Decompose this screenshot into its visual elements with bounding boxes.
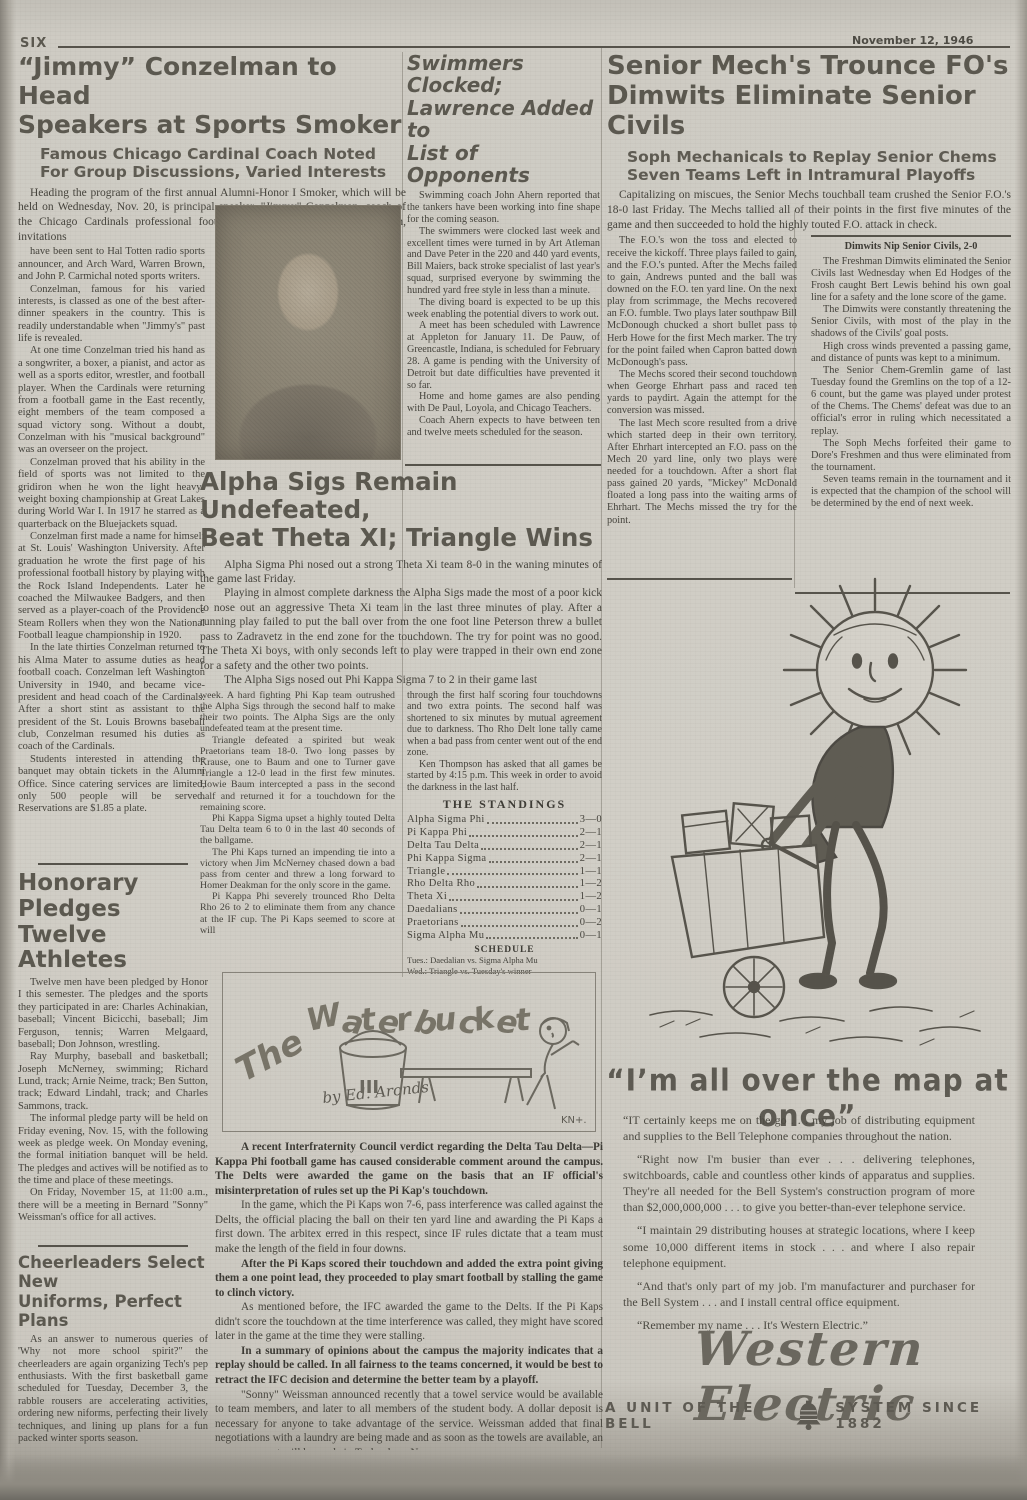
two-column-body: week. A hard fighting Phi Kap team outru… <box>200 690 602 978</box>
dot-leader <box>461 925 578 927</box>
article-senior-mechs: Senior Mech's Trounce FO's Dimwits Elimi… <box>607 52 1011 592</box>
western-electric-mascot-illustration <box>620 575 1010 1060</box>
article-subhead: Soph Mechanicals to Replay Senior Chems … <box>627 148 1011 185</box>
dot-leader <box>469 835 578 837</box>
standings-row: Alpha Sigma Phi3—0 <box>407 814 602 827</box>
article-cheerleaders: Cheerleaders Select New Uniforms, Perfec… <box>18 1240 208 1462</box>
ad-tagline: A UNIT OF THE BELL SYSTEM SINCE 1882 <box>605 1398 1010 1434</box>
scan-edge-bottom <box>0 1454 1027 1500</box>
schedule-line: Tues.: Daedalian vs. Sigma Alpha Mu <box>407 955 602 965</box>
article-body-column: Twelve men have been pledged by Honor I … <box>18 977 208 1225</box>
tagline-right: SYSTEM SINCE 1882 <box>835 1400 1010 1432</box>
conzelman-photo <box>215 205 401 460</box>
cartoonist-signature: KN+. <box>561 1115 587 1126</box>
article-headline: “Jimmy” Conzelman to Head Speakers at Sp… <box>18 52 406 139</box>
bell-icon <box>794 1398 823 1434</box>
standings-row: Rho Delta Rho1—2 <box>407 878 602 891</box>
ad-body: “IT certainly keeps me on the go . . . m… <box>623 1112 975 1333</box>
subsection-rule <box>811 235 1011 237</box>
column-paragraphs: through the first half scoring four touc… <box>407 690 602 794</box>
dot-leader <box>477 886 578 888</box>
standings-title: THE STANDINGS <box>407 797 602 812</box>
article-headline: Swimmers Clocked; Lawrence Added to List… <box>407 52 600 186</box>
body-column-left: The F.O.'s won the toss and elected to r… <box>607 235 797 526</box>
dot-leader <box>489 861 578 863</box>
article-alpha-sigs: Alpha Sigs Remain Undefeated, Beat Theta… <box>200 468 602 978</box>
page-number: SIX <box>20 36 47 51</box>
two-column-body: The F.O.'s won the toss and elected to r… <box>607 235 1011 526</box>
dot-leader <box>449 899 578 901</box>
body-column-right: through the first half scoring four touc… <box>407 690 602 978</box>
body-column-right: Dimwits Nip Senior Civils, 2-0 The Fresh… <box>811 235 1011 526</box>
halftone-texture <box>216 206 400 459</box>
issue-date: November 12, 1946 <box>852 34 973 47</box>
article-end-rule <box>405 464 601 466</box>
waterbucket-cartoon: The Waterbucket by Ed. Aronds III <box>222 972 596 1132</box>
western-electric-ad: “I’m all over the map at once” “IT certa… <box>605 560 1017 1465</box>
section-divider <box>38 1245 188 1247</box>
standings-row: Sigma Alpha Mu0—1 <box>407 930 602 943</box>
waterbucket-title-word: Waterbucket <box>303 996 533 1043</box>
article-swimmers: Swimmers Clocked; Lawrence Added to List… <box>407 52 600 462</box>
dot-leader <box>460 912 578 914</box>
standings-row: Theta Xi1—2 <box>407 891 602 904</box>
lead-paragraph: Capitalizing on miscues, the Senior Mech… <box>607 188 1011 232</box>
article-headline: Cheerleaders Select New Uniforms, Perfec… <box>18 1253 208 1331</box>
dot-leader <box>481 848 578 850</box>
waterbucket-illustration: The Waterbucket by Ed. Aronds III <box>223 973 593 1129</box>
article-body-column: Swimming coach John Ahern reported that … <box>407 190 600 438</box>
standings-row: Daedalians0—1 <box>407 904 602 917</box>
article-body-column: As an answer to numerous queries of 'Why… <box>18 1334 208 1445</box>
article-honorary-pledges: Honorary Pledges Twelve Athletes Twelve … <box>18 858 208 1236</box>
dot-leader <box>486 937 577 939</box>
waterbucket-column: A recent Interfraternity Council verdict… <box>215 1140 603 1450</box>
bucket-mark: III <box>359 1077 379 1098</box>
newspaper-page: SIX November 12, 1946 “Jimmy” Conzelman … <box>0 0 1027 1500</box>
tagline-left: A UNIT OF THE BELL <box>605 1400 782 1432</box>
standings-table: Alpha Sigma Phi3—0 Pi Kappa Phi2—1 Delta… <box>407 814 602 942</box>
article-headline: Alpha Sigs Remain Undefeated, Beat Theta… <box>200 468 602 553</box>
dot-leader <box>487 822 578 824</box>
subsection-head: Dimwits Nip Senior Civils, 2-0 <box>811 241 1011 253</box>
standings-row: Pi Kappa Phi2—1 <box>407 827 602 840</box>
standings-row: Phi Kappa Sigma2—1 <box>407 853 602 866</box>
standings-row: Triangle1—1 <box>407 866 602 879</box>
article-headline: Senior Mech's Trounce FO's Dimwits Elimi… <box>607 52 1011 142</box>
article-subhead: Famous Chicago Cardinal Coach Noted For … <box>40 145 406 182</box>
article-body-column: have been sent to Hal Totten radio sport… <box>18 246 205 815</box>
standings-row: Praetorians0—2 <box>407 917 602 930</box>
article-headline: Honorary Pledges Twelve Athletes <box>18 871 208 974</box>
section-divider <box>38 863 188 865</box>
body-column-left: week. A hard fighting Phi Kap team outru… <box>200 690 395 978</box>
scan-edge-left <box>0 0 16 1500</box>
standings-row: Delta Tau Delta2—1 <box>407 840 602 853</box>
dot-leader <box>447 873 577 875</box>
lead-paragraphs: Alpha Sigma Phi nosed out a strong Theta… <box>200 558 602 688</box>
waterbucket-title-the: The <box>229 1022 310 1090</box>
schedule-title: SCHEDULE <box>407 945 602 955</box>
